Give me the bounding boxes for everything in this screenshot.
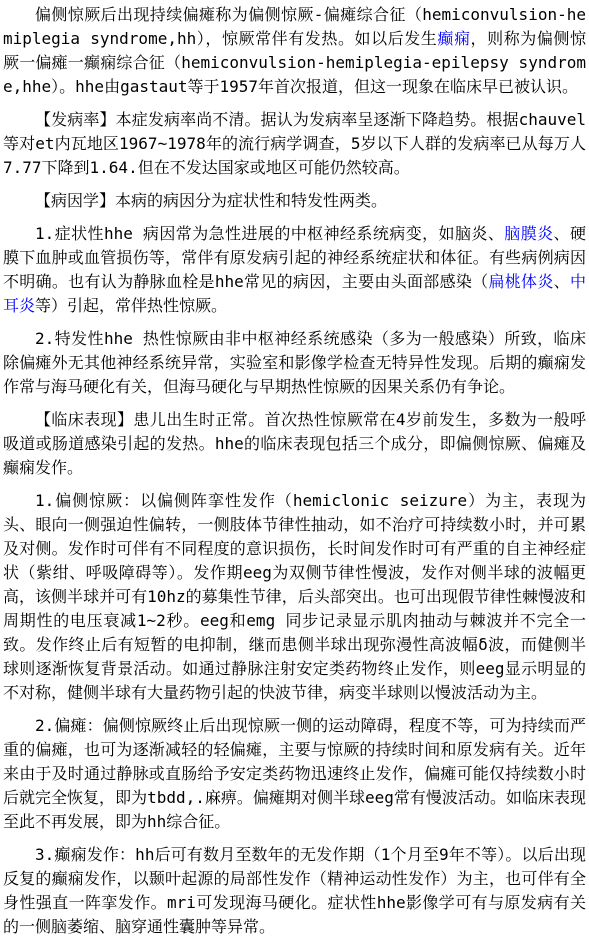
paragraph: 【临床表现】患儿出生时正常。首次热性惊厥常在4岁前发生，多数为一般呼吸道或肠道感… [3,408,586,480]
paragraph: 【发病率】本症发病率尚不清。据认为发病率呈逐渐下降趋势。根据chauvel等对e… [3,108,586,180]
text-run: 3.癫痫发作：hh后可有数月至数年的无发作期（1个月至9年不等）。以后出现反复的… [3,845,586,936]
text-run: 【发病率】本症发病率尚不清。据认为发病率呈逐渐下降趋势。根据chauvel等对e… [3,110,586,177]
paragraph: 1.偏侧惊厥：以偏侧阵挛性发作（hemiclonic seizure）为主，表现… [3,489,586,705]
paragraph: 【病因学】本病的病因分为症状性和特发性两类。 [3,189,586,213]
document-body: 偏侧惊厥后出现持续偏瘫称为偏侧惊厥-偏瘫综合征（hemiconvulsion-h… [3,3,586,939]
text-run: 【病因学】本病的病因分为症状性和特发性两类。 [35,191,387,210]
paragraph: 2.特发性hhe 热性惊厥由非中枢神经系统感染（多为一般感染）所致，临床除偏瘫外… [3,327,586,399]
link-tonsillitis[interactable]: 扁桃体炎 [488,272,553,291]
text-run: 【临床表现】患儿出生时正常。首次热性惊厥常在4岁前发生，多数为一般呼吸道或肠道感… [3,410,586,477]
link-epilepsy[interactable]: 癫痫 [437,29,470,48]
text-run: 、 [554,272,570,291]
paragraph: 1.症状性hhe 病因常为急性进展的中枢神经系统病变，如脑炎、脑膜炎、硬膜下血肿… [3,222,586,318]
text-run: 2.特发性hhe 热性惊厥由非中枢神经系统感染（多为一般感染）所致，临床除偏瘫外… [3,329,586,396]
text-run: 1.偏侧惊厥：以偏侧阵挛性发作（hemiclonic seizure）为主，表现… [3,491,586,702]
paragraph: 2.偏瘫：偏侧惊厥终止后出现惊厥一侧的运动障碍，程度不等，可为持续而严重的偏瘫，… [3,714,586,834]
link-meningitis[interactable]: 脑膜炎 [504,224,553,243]
text-run: 2.偏瘫：偏侧惊厥终止后出现惊厥一侧的运动障碍，程度不等，可为持续而严重的偏瘫，… [3,716,586,831]
text-run: 等）引起，常伴热性惊厥。 [35,296,227,315]
text-run: 1.症状性hhe 病因常为急性进展的中枢神经系统病变，如脑炎、 [35,224,504,243]
paragraph: 3.癫痫发作：hh后可有数月至数年的无发作期（1个月至9年不等）。以后出现反复的… [3,843,586,939]
paragraph: 偏侧惊厥后出现持续偏瘫称为偏侧惊厥-偏瘫综合征（hemiconvulsion-h… [3,3,586,99]
